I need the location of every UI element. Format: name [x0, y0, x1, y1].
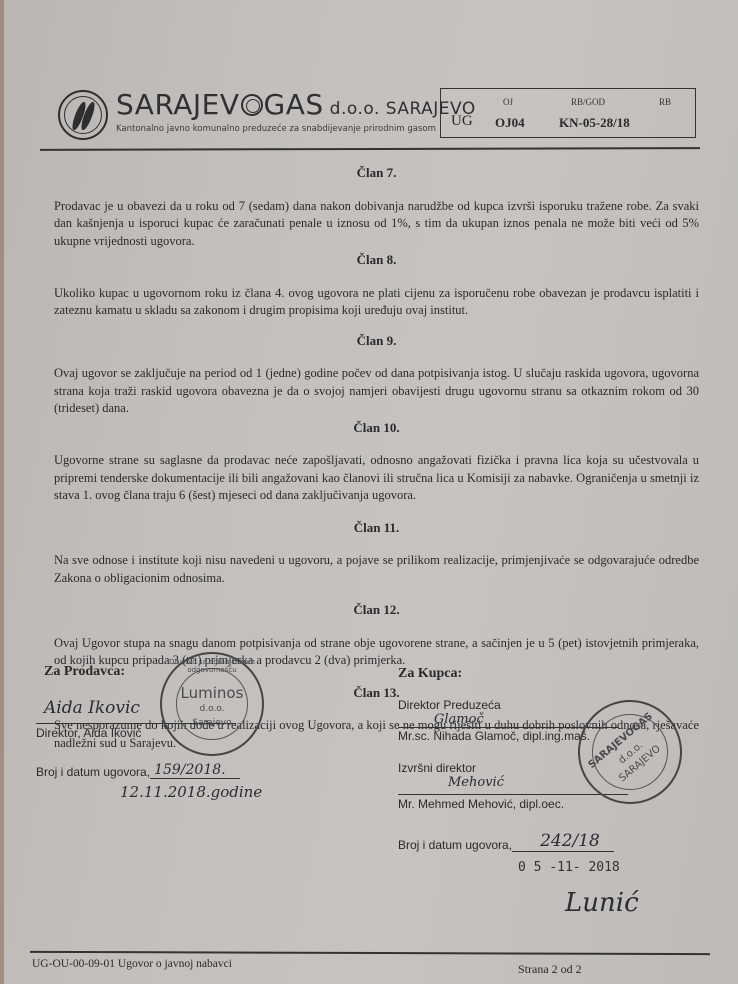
doc-rb-god: KN-05-28/18 [559, 115, 630, 131]
flame-logo-icon [58, 90, 108, 140]
article-heading: Član 7. [54, 164, 699, 182]
article-7: Član 7. Prodavac je u obavezi da u roku … [54, 164, 699, 250]
footer-doc-code: UG-OU-00-09-01 Ugovor o javnoj nabavci [32, 958, 232, 970]
stamp-city: Sarajevo [162, 718, 262, 728]
contract-date: 12.11.2018.godine [120, 783, 336, 801]
article-text: Prodavac je u obavezi da u roku od 7 (se… [54, 198, 699, 251]
contract-label: Broj i datum ugovora, [36, 765, 150, 779]
article-text: Ugovorne strane su saglasne da prodavac … [54, 452, 699, 505]
label-rb-god: RB/GOD [571, 97, 605, 107]
company-name: SARAJEVGASd.o.o. SARAJEVO [116, 88, 476, 121]
article-heading: Član 9. [54, 332, 699, 350]
company-tagline: Kantonalno javno komunalno preduzeće za … [116, 124, 436, 134]
article-8: Član 8. Ukoliko kupac u ugovornom roku i… [54, 251, 699, 320]
label-oj: OJ [503, 97, 513, 107]
buyer-contract-ref: Broj i datum ugovora, 242/18 [398, 831, 718, 852]
article-text: Ovaj ugovor se zaključuje na period od 1… [54, 365, 699, 418]
logo-o-icon [241, 94, 263, 116]
footer-divider [30, 951, 710, 955]
stamp-form: d.o.o. [162, 704, 262, 714]
stamp-ring-text: Društvo sa ograničenom odgovornošću [162, 658, 262, 674]
contract-label: Broj i datum ugovora, [398, 838, 512, 852]
contract-number: 159/2018. [150, 762, 240, 779]
contract-number: 242/18 [512, 831, 614, 852]
stamp-name: Luminos [162, 684, 262, 702]
article-heading: Član 11. [54, 519, 699, 537]
article-text: Ukoliko kupac u ugovornom roku iz člana … [54, 285, 699, 320]
article-10: Član 10. Ugovorne strane su saglasne da … [54, 419, 699, 505]
doc-oj: OJ04 [495, 115, 525, 131]
header-divider [40, 147, 700, 151]
article-text: Na sve odnose i institute koji nisu nave… [54, 552, 699, 587]
contract-date-stamp: 0 5 -11- 2018 [518, 860, 718, 875]
article-12: Član 12. Ovaj Ugovor stupa na snagu dano… [54, 601, 699, 670]
buyer-signer-executive: Mr. Mehmed Mehović, dipl.oec. [398, 797, 718, 811]
seller-stamp: Društvo sa ograničenom odgovornošću Lumi… [160, 652, 264, 756]
label-rb: RB [659, 97, 671, 107]
article-heading: Član 12. [54, 601, 699, 619]
paper-edge [0, 0, 4, 984]
article-11: Član 11. Na sve odnose i institute koji … [54, 519, 699, 588]
document-reference-box: OJ RB/GOD RB UG OJ04 KN-05-28/18 [440, 88, 696, 138]
footer-initials: Lunić [565, 888, 639, 918]
article-9: Član 9. Ovaj ugovor se zaključuje na per… [54, 332, 699, 418]
seller-contract-ref: Broj i datum ugovora, 159/2018. [36, 762, 336, 779]
article-heading: Član 10. [54, 419, 699, 437]
doc-prefix: UG [451, 113, 473, 130]
article-heading: Član 8. [54, 251, 699, 269]
buyer-title: Za Kupca: [398, 666, 718, 682]
page-number: Strana 2 od 2 [518, 962, 582, 977]
letterhead: SARAJEVGASd.o.o. SARAJEVO Kantonalno jav… [58, 86, 698, 146]
buyer-role-director: Direktor Preduzeća [398, 698, 718, 712]
